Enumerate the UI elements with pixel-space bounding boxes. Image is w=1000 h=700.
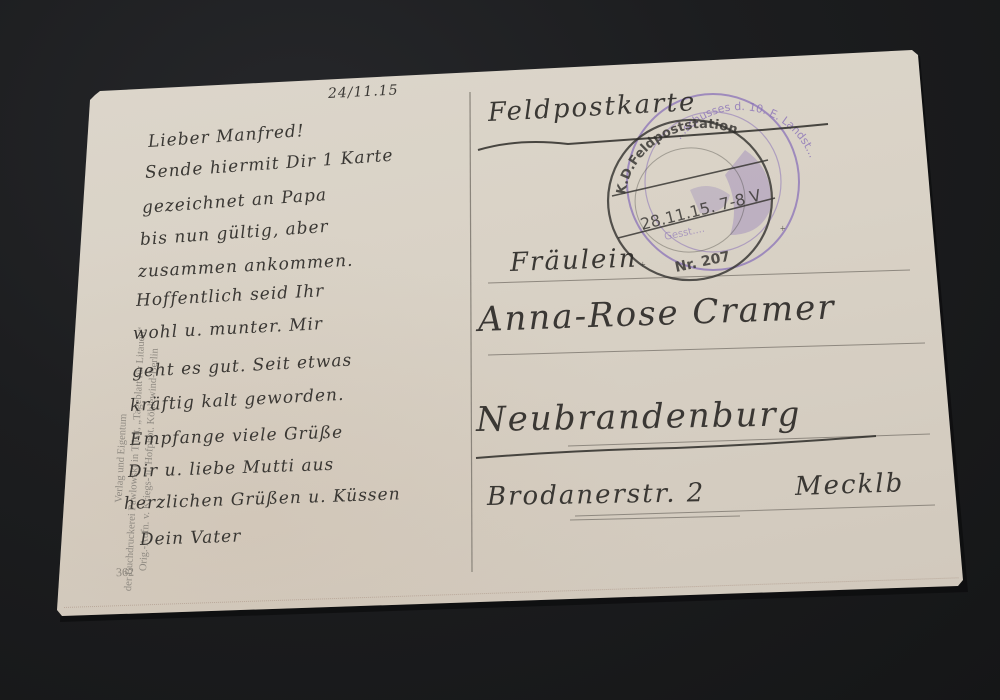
- svg-text:+: +: [780, 224, 786, 235]
- message-line: herzlichen Grüßen u. Küssen: [124, 484, 401, 514]
- address-salutation: Fräulein: [509, 244, 637, 278]
- photo-scene: Verlag und Eigentum der Buchdruckerei Pa…: [0, 0, 1000, 700]
- message-line: wohl u. munter. Mir: [132, 314, 323, 344]
- address-line-2: [488, 343, 925, 355]
- message-line: Sende hiermit Dir 1 Karte: [144, 146, 394, 183]
- address-city: Neubrandenburg: [476, 394, 802, 440]
- svg-text:+: +: [640, 260, 646, 271]
- message-line: zusammen ankommen.: [137, 251, 353, 282]
- address-street: Brodanerstr. 2: [487, 478, 706, 512]
- date-handwritten: 24/11.15: [328, 82, 399, 102]
- message-line: Empfange viele Grüße: [130, 423, 344, 450]
- message-line: Dein Vater: [140, 526, 242, 550]
- message-line: Hoffentlich seid Ihr: [135, 281, 324, 311]
- header-feldpostkarte: Feldpostkarte: [487, 87, 697, 128]
- message-line: Lieber Manfred!: [147, 121, 305, 152]
- svg-text:28.11.15. 7-8 V: 28.11.15. 7-8 V: [638, 186, 763, 234]
- address-name: Anna-Rose Cramer: [477, 288, 836, 340]
- message-line: kräftig kalt geworden.: [129, 385, 344, 416]
- svg-text:K.D.Feldpoststation: K.D.Feldpoststation: [614, 117, 740, 196]
- message-line: gezeichnet an Papa: [141, 185, 327, 218]
- message-line: Dir u. liebe Mutti aus: [128, 455, 335, 482]
- svg-text:Gesst....: Gesst....: [663, 224, 705, 243]
- message-line: geht es gut. Seit etwas: [131, 350, 352, 382]
- card-number: 362: [116, 565, 135, 581]
- center-divider: [470, 92, 472, 572]
- svg-text:Nr. 207: Nr. 207: [674, 249, 732, 276]
- message-line: bis nun gültig, aber: [139, 217, 329, 250]
- address-region: Mecklb: [794, 468, 904, 502]
